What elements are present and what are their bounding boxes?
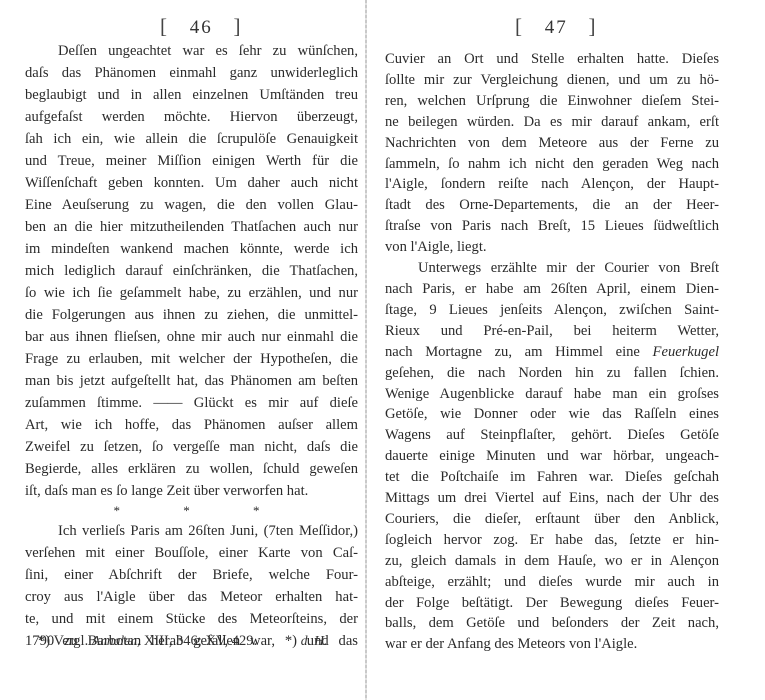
text-line: Nachrichten von dem Meteore aus der Fern… (385, 133, 719, 154)
text-line: Frage zu erlauben, mit welcher der Hypot… (25, 348, 358, 370)
page-number-right: [ 47 ] (515, 14, 598, 39)
text-line: Couriers, die dieſer, erſtaunt über den … (385, 509, 719, 530)
text-line: mich lediglich darauf einſchränken, die … (25, 260, 358, 282)
text-line: abſteige, erzählt; und dieſes wurde mir … (385, 572, 719, 593)
page-number: 46 (190, 17, 213, 38)
text-line: dauerte einige Minuten und war hörbar, u… (385, 446, 719, 467)
text-line: Unterwegs erzählte mir der Courier von B… (385, 258, 719, 279)
text-line: Zweifel zu ſetzen, ſo vergeſſe man nicht… (25, 436, 358, 458)
text-line: nach Mortagne zu, am Himmel eine Feuerku… (385, 342, 719, 363)
text-line: Wiſſenſchaft geben konnten. Um daher auc… (25, 172, 358, 194)
text-line: ſini, einer Abſchrift der Briefe, welche… (25, 564, 358, 586)
left-page-body: Deſſen ungeachtet war es ſehr zu wünſche… (25, 40, 358, 652)
text-line: ſtadt des Orne-Departements, die an der … (385, 195, 719, 216)
footnote-refs: XIII, 346; XV, 429. (144, 633, 257, 649)
text-line: iſt, daſs man es ſo lange Zeit über verw… (25, 480, 358, 502)
italic-term: Feuerkugel (653, 344, 719, 360)
text-line: Wagens auf Steinpflaſter, gehört. Dieſes… (385, 425, 719, 446)
text-line: der Folge beſtätigt. Der Bewegung dieſes… (385, 593, 719, 614)
right-page: [ 47 ] Cuvier an Ort und Stelle erhalten… (367, 0, 765, 700)
text-line: balls, dem Getöſe und beſonders der Zeit… (385, 613, 719, 634)
text-line: croy aus l'Aigle über das Meteor erhalte… (25, 586, 358, 608)
text-line: zuſammen ſtimme. —— Glückt es mir auf di… (25, 392, 358, 414)
text-line: Eine Aeuſserung zu wagen, die den vollen… (25, 194, 358, 216)
text-line: l'Aigle, ſondern reiſte nach Alençon, de… (385, 174, 719, 195)
text-line: Mittags um drei Viertel auf Eins, nach d… (385, 488, 719, 509)
text-line: die Folgerungen aus ihnen zu ziehen, die… (25, 304, 358, 326)
text-line: man bis jetzt aufgeſtellt hat, das Phäno… (25, 370, 358, 392)
text-line: Art, wie ich hoffe, das Phänomen auſser … (25, 414, 358, 436)
text-line: ben an die hier mitzutheilenden Thatſach… (25, 216, 358, 238)
text-line: zu, gleich damals in dem Hauſe, wo er in… (385, 551, 719, 572)
footnote: *) Vergl. Annalen, XIII, 346; XV, 429. d… (38, 633, 327, 650)
text-line: im mindeſten wankend machen könnte, werd… (25, 238, 358, 260)
text-line: Deſſen ungeachtet war es ſehr zu wünſche… (25, 40, 358, 62)
text-line: beglaubigt und in allen einzelnen Umſtän… (25, 84, 358, 106)
text-line: Begierde, alles erklären zu wollen, ſchu… (25, 458, 358, 480)
text-line: daſs das Phänomen einmahl ganz unwiderle… (25, 62, 358, 84)
text-line: Ich verlieſs Paris am 26ſten Juni, (7ten… (25, 520, 358, 542)
text-line: war er der Anfang des Meteors von l'Aigl… (385, 634, 719, 655)
text-line: Wenige Augenblicke darauf habe man ein g… (385, 384, 719, 405)
paragraph: Unterwegs erzählte mir der Courier von B… (385, 258, 719, 655)
text-line: Rieux und Pré-en-Pail, bei heiterm Wette… (385, 321, 719, 342)
section-separator: * * * (25, 502, 358, 520)
text-line: von l'Aigle, liegt. (385, 237, 719, 258)
text-line: ſah ich ein, wie allein die ſcrupulöſe G… (25, 128, 358, 150)
text-line: nach Paris, er habe am 26ſten April, ein… (385, 279, 719, 300)
left-page: [ 46 ] Deſſen ungeachtet war es ſehr zu … (0, 0, 366, 700)
text-line: bar aus ihnen flieſsen, ohne mir auch nu… (25, 326, 358, 348)
text-line: ſammeln, ſo nahm ich nicht den geraden W… (385, 154, 719, 175)
text-line: Getöſe, wie Donner oder wie das Raſſeln … (385, 404, 719, 425)
footnote-journal: Annalen, (92, 633, 140, 648)
text-line: ſollte mir zur Vergleichung dienen, und … (385, 70, 719, 91)
page-number: 47 (545, 17, 568, 38)
text-line: ſo wie ich ſie geſammelt habe, zu erzähl… (25, 282, 358, 304)
paragraph: Deſſen ungeachtet war es ſehr zu wünſche… (25, 40, 358, 502)
text-line: ren, welchen Urſprung die Einwohner dieſ… (385, 91, 719, 112)
text-line: geſehen, die nach Norden hin zu fallen ſ… (385, 363, 719, 384)
text-line: aufgefaſst werden möchte. Hiervon überze… (25, 106, 358, 128)
text-line: ſtraſse von Paris nach Breſt, 15 Lieues … (385, 216, 719, 237)
text-line: verſehen mit einer Bouſſole, einer Karte… (25, 542, 358, 564)
text-line: te, und mit einem Stücke des Meteorſtein… (25, 608, 358, 630)
text-line: Cuvier an Ort und Stelle erhalten hatte.… (385, 49, 719, 70)
text-line: ſtage, 9 Lieues jenſeits Alençon, zwiſch… (385, 300, 719, 321)
footnote-signature: d. H. (301, 633, 328, 648)
text-line: und Treue, meiner Miſſion einigen Werth … (25, 150, 358, 172)
page-number-left: [ 46 ] (160, 14, 243, 39)
text-line: ne beilegen würden. Da es mir darauf ank… (385, 112, 719, 133)
right-page-body: Cuvier an Ort und Stelle erhalten hatte.… (385, 49, 719, 655)
paragraph: Cuvier an Ort und Stelle erhalten hatte.… (385, 49, 719, 258)
footnote-marker: *) Vergl. (38, 633, 88, 649)
text-line: tet die Poſtchaiſe im Fahren war. Dieſes… (385, 467, 719, 488)
text-line: ſogleich hervor zog. Er habe das, ſetzte… (385, 530, 719, 551)
